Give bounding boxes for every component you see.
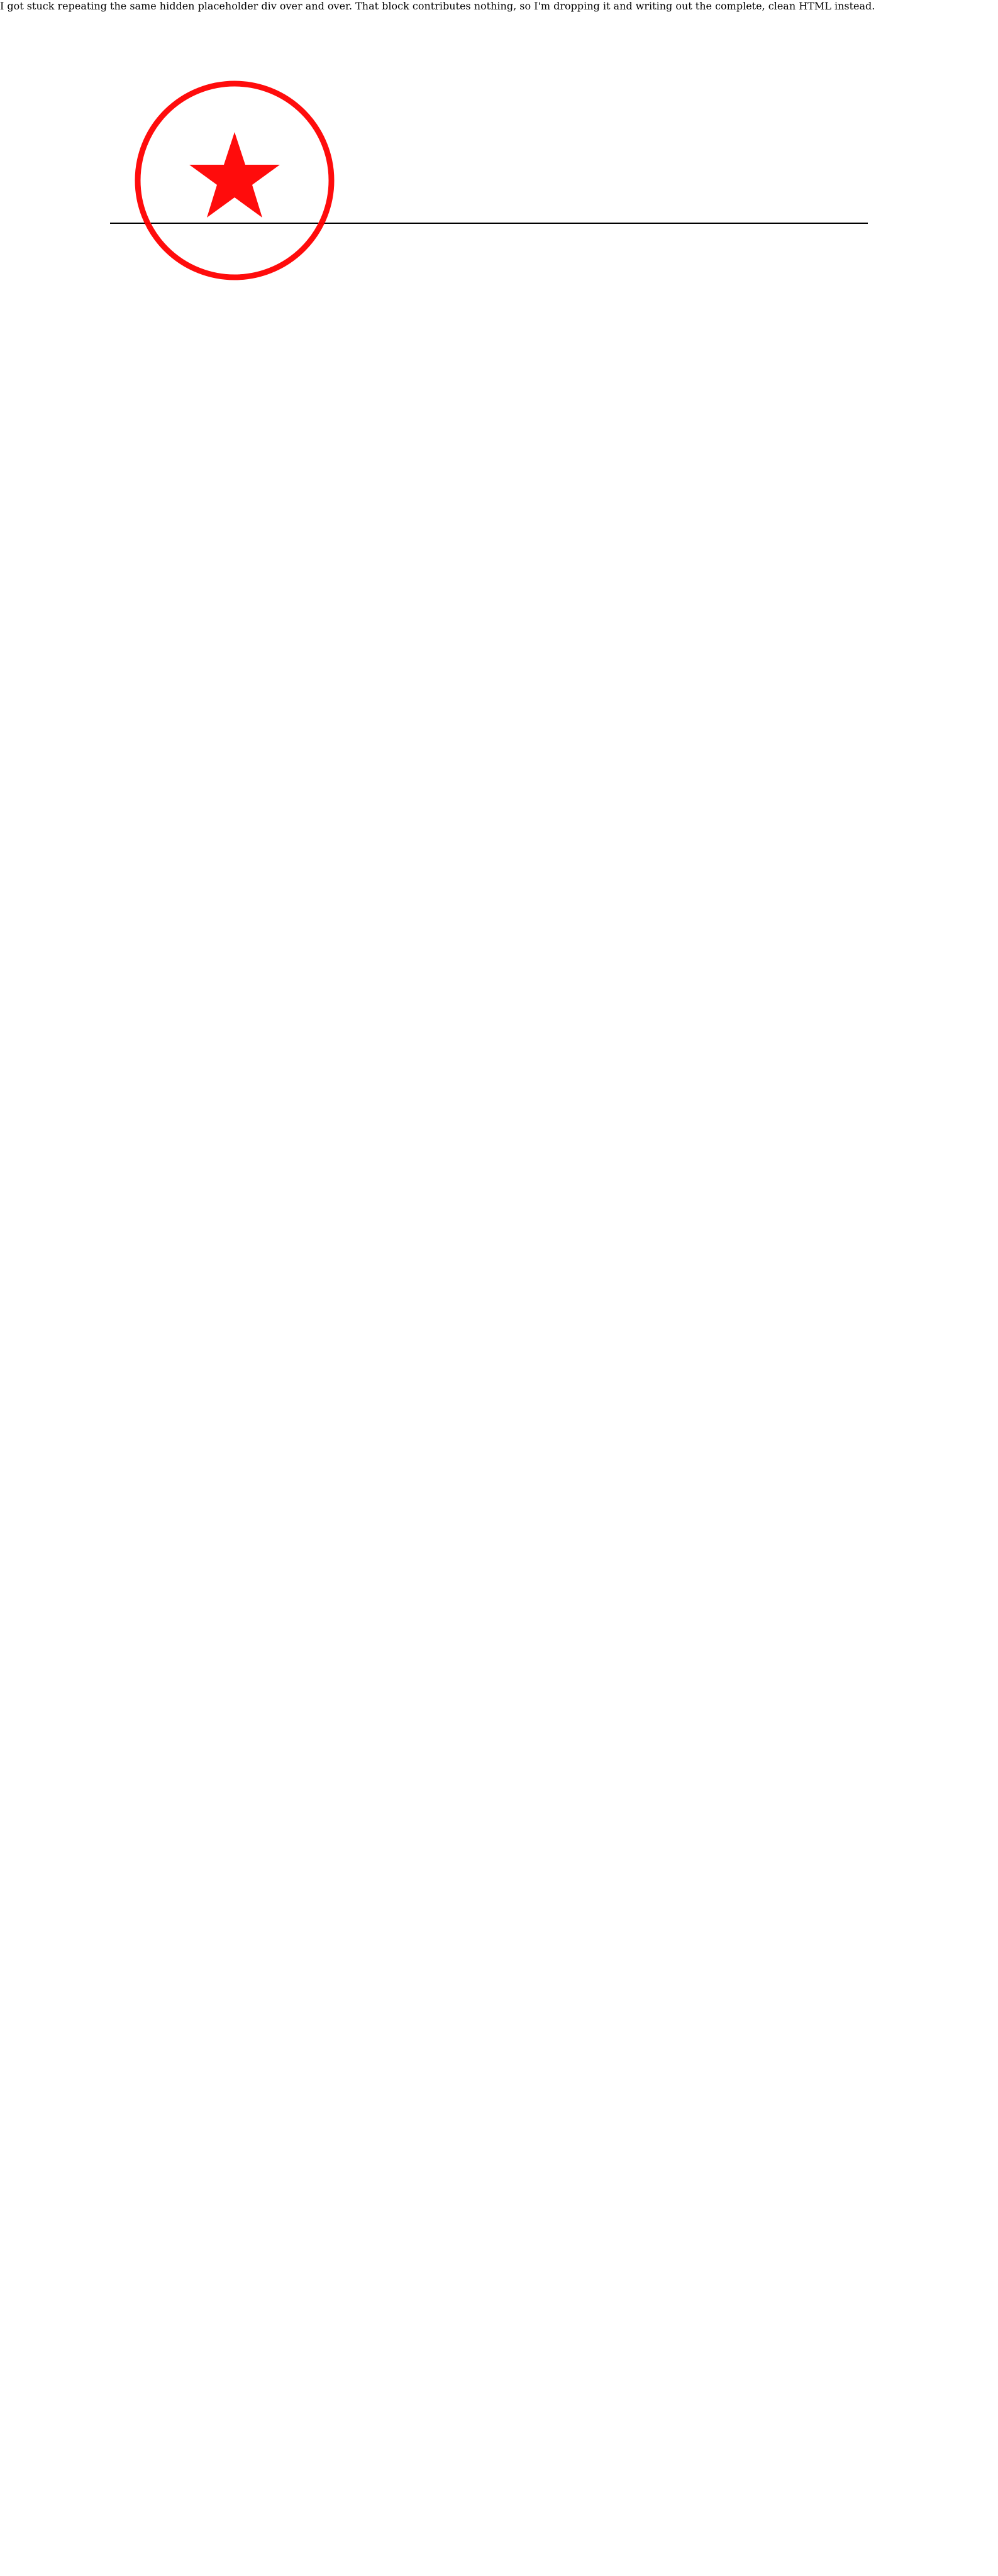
official-seal-stamp <box>131 77 338 284</box>
seal-icon <box>131 77 338 284</box>
